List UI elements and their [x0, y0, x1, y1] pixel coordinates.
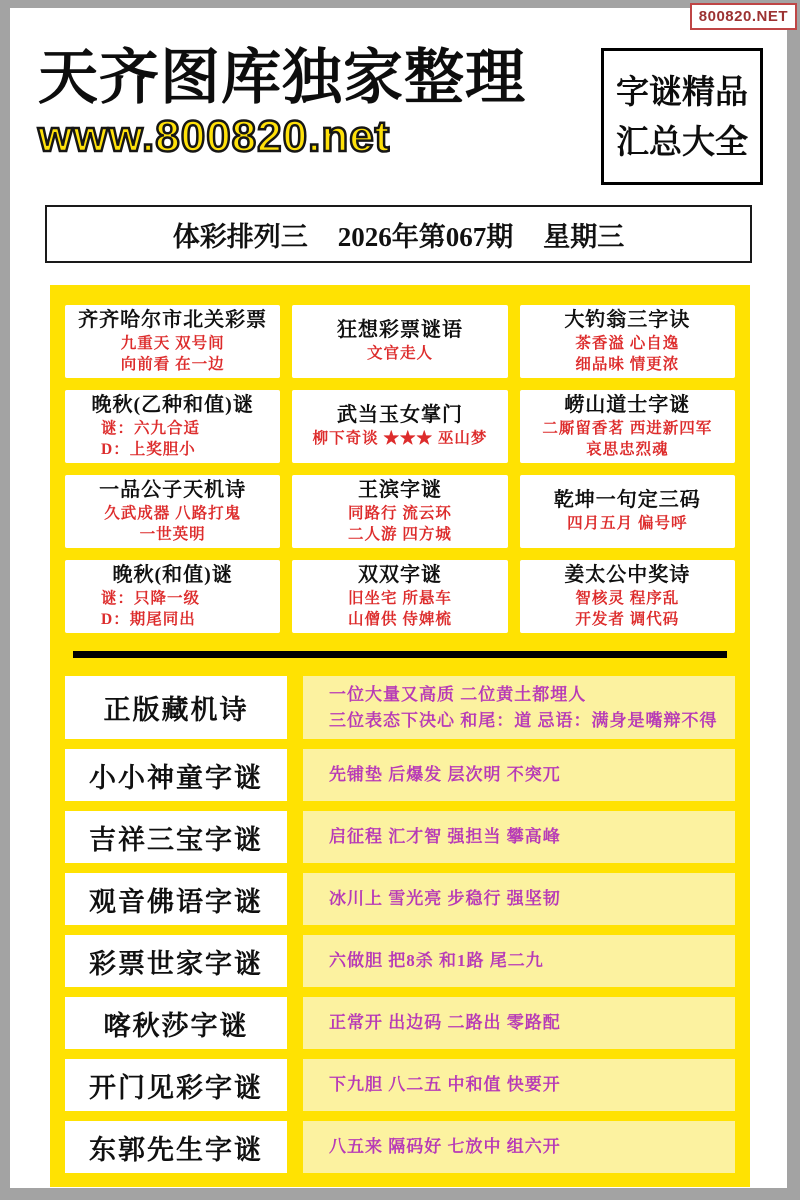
riddle-cell: 乾坤一句定三码 四月五月 偏号呼	[520, 475, 735, 548]
riddle-grid: 齐齐哈尔市北关彩票 九重天 双号间 向前看 在一边 狂想彩票谜语 文官走人 大钓…	[65, 305, 735, 633]
riddle-panel: 齐齐哈尔市北关彩票 九重天 双号间 向前看 在一边 狂想彩票谜语 文官走人 大钓…	[50, 285, 750, 1187]
riddle-cell: 王滨字谜 同路行 流云环 二人游 四方城	[292, 475, 507, 548]
riddle-cell: 齐齐哈尔市北关彩票 九重天 双号间 向前看 在一边	[65, 305, 280, 378]
section-divider	[73, 651, 727, 658]
side-box-line1: 字谜精品	[616, 67, 748, 117]
riddle-cell: 姜太公中奖诗 智核灵 程序乱 开发者 调代码	[520, 560, 735, 633]
riddle-title: 晚秋(和值)谜	[113, 563, 233, 588]
riddle-list: 正版藏机诗 一位大量又高质 二位黄土都埋人 三位表态下决心 和尾：道 忌语：满身…	[65, 676, 735, 1173]
page: 天齐图库独家整理 www.800820.net 字谜精品 汇总大全 体彩排列三 …	[10, 8, 787, 1188]
riddle-cell: 崂山道士字谜 二厮留香茗 西进新四军 哀思忠烈魂	[520, 390, 735, 463]
list-item: 小小神童字谜 先铺垫 后爆发 层次明 不突兀	[65, 749, 735, 801]
riddle-title: 大钓翁三字诀	[564, 308, 690, 333]
issue-game: 体彩排列三	[173, 215, 308, 254]
list-item-body: 一位大量又高质 二位黄土都埋人 三位表态下决心 和尾：道 忌语：满身是嘴辩不得	[303, 676, 735, 739]
list-item-label: 小小神童字谜	[65, 749, 287, 801]
riddle-cell: 大钓翁三字诀 茶香溢 心自逸 细品味 情更浓	[520, 305, 735, 378]
riddle-cell: 一品公子天机诗 久武成器 八路打鬼 一世英明	[65, 475, 280, 548]
riddle-cell: 双双字谜 旧坐宅 所悬车 山僧供 侍婢梳	[292, 560, 507, 633]
side-box: 字谜精品 汇总大全	[601, 48, 763, 185]
list-item: 正版藏机诗 一位大量又高质 二位黄土都埋人 三位表态下决心 和尾：道 忌语：满身…	[65, 676, 735, 739]
list-item-body: 冰川上 雪光亮 步稳行 强坚韧	[303, 873, 735, 925]
riddle-body: 九重天 双号间 向前看 在一边	[65, 333, 280, 376]
riddle-body: 同路行 流云环 二人游 四方城	[292, 503, 507, 546]
riddle-title: 乾坤一句定三码	[554, 488, 701, 513]
page-title: 天齐图库独家整理	[38, 46, 526, 111]
list-item-body: 下九胆 八二五 中和值 快要开	[303, 1059, 735, 1111]
site-url: www.800820.net	[38, 113, 526, 161]
issue-bar: 体彩排列三 2026年第067期 星期三	[45, 205, 752, 263]
riddle-title: 武当玉女掌门	[337, 403, 463, 428]
riddle-title: 崂山道士字谜	[564, 393, 690, 418]
riddle-body: 旧坐宅 所悬车 山僧供 侍婢梳	[292, 588, 507, 631]
riddle-cell: 武当玉女掌门 柳下奇谈 ★★★ 巫山梦	[292, 390, 507, 463]
list-item-body: 先铺垫 后爆发 层次明 不突兀	[303, 749, 735, 801]
list-item: 东郭先生字谜 八五来 隔码好 七放中 组六开	[65, 1121, 735, 1173]
list-item-body: 正常开 出边码 二路出 零路配	[303, 997, 735, 1049]
riddle-body: 久武成器 八路打鬼 一世英明	[65, 503, 280, 546]
riddle-title: 晚秋(乙种和值)谜	[92, 393, 254, 418]
list-item-label: 开门见彩字谜	[65, 1059, 287, 1111]
riddle-body: 二厮留香茗 西进新四军 哀思忠烈魂	[520, 418, 735, 461]
riddle-body: 文官走人	[292, 343, 507, 364]
riddle-title: 姜太公中奖诗	[564, 563, 690, 588]
side-box-line2: 汇总大全	[616, 117, 748, 167]
list-item: 喀秋莎字谜 正常开 出边码 二路出 零路配	[65, 997, 735, 1049]
header-left: 天齐图库独家整理 www.800820.net	[38, 46, 526, 185]
list-item-label: 吉祥三宝字谜	[65, 811, 287, 863]
site-watermark: 800820.NET	[690, 3, 797, 30]
header: 天齐图库独家整理 www.800820.net 字谜精品 汇总大全	[10, 8, 787, 185]
list-item-label: 正版藏机诗	[65, 676, 287, 739]
list-item-label: 东郭先生字谜	[65, 1121, 287, 1173]
list-item: 观音佛语字谜 冰川上 雪光亮 步稳行 强坚韧	[65, 873, 735, 925]
riddle-cell: 晚秋(乙种和值)谜 谜：六九合适 D：上奖胆小	[65, 390, 280, 463]
riddle-cell: 狂想彩票谜语 文官走人	[292, 305, 507, 378]
list-item-label: 彩票世家字谜	[65, 935, 287, 987]
riddle-body: 四月五月 偏号呼	[520, 513, 735, 534]
riddle-body: 智核灵 程序乱 开发者 调代码	[520, 588, 735, 631]
issue-number: 2026年第067期	[338, 215, 514, 254]
riddle-body: 茶香溢 心自逸 细品味 情更浓	[520, 333, 735, 376]
riddle-title: 狂想彩票谜语	[337, 318, 463, 343]
riddle-title: 齐齐哈尔市北关彩票	[78, 308, 267, 333]
list-item-body: 八五来 隔码好 七放中 组六开	[303, 1121, 735, 1173]
riddle-body: 谜：六九合适 D：上奖胆小	[65, 418, 280, 461]
riddle-body: 谜：只降一级 D：期尾同出	[65, 588, 280, 631]
list-item: 彩票世家字谜 六做胆 把8杀 和1路 尾二九	[65, 935, 735, 987]
riddle-title: 一品公子天机诗	[99, 478, 246, 503]
list-item: 开门见彩字谜 下九胆 八二五 中和值 快要开	[65, 1059, 735, 1111]
riddle-title: 王滨字谜	[358, 478, 442, 503]
list-item-label: 喀秋莎字谜	[65, 997, 287, 1049]
riddle-title: 双双字谜	[358, 563, 442, 588]
list-item-label: 观音佛语字谜	[65, 873, 287, 925]
riddle-cell: 晚秋(和值)谜 谜：只降一级 D：期尾同出	[65, 560, 280, 633]
riddle-body: 柳下奇谈 ★★★ 巫山梦	[292, 428, 507, 449]
list-item: 吉祥三宝字谜 启征程 汇才智 强担当 攀高峰	[65, 811, 735, 863]
list-item-body: 启征程 汇才智 强担当 攀高峰	[303, 811, 735, 863]
issue-weekday: 星期三	[543, 215, 624, 254]
list-item-body: 六做胆 把8杀 和1路 尾二九	[303, 935, 735, 987]
